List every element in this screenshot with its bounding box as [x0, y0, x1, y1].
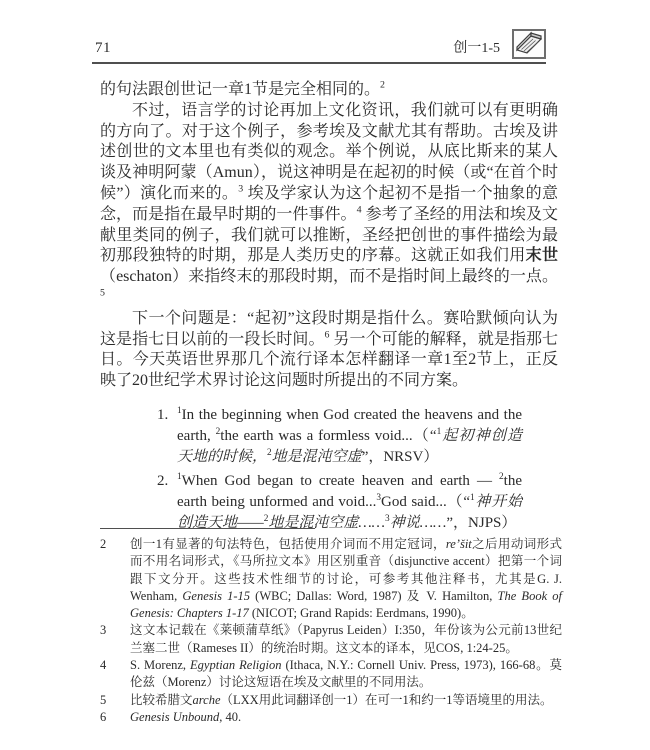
header-right-group: 创一1-5	[453, 27, 546, 62]
page-header: 71 创一1-5	[92, 30, 546, 64]
footnote: 2 创一1有显著的句法特色，包括使用介词而不用定冠词，re’šit之后用动词形式…	[100, 536, 562, 622]
list-text: 1When God began to create heaven and ear…	[177, 471, 522, 534]
page-number: 71	[92, 41, 111, 62]
book-icon	[512, 29, 546, 64]
footnote-number: 2	[100, 536, 130, 622]
list-item: 1. 1In the beginning when God created th…	[157, 405, 522, 468]
footnote-number: 6	[100, 709, 130, 726]
footnote-separator	[100, 528, 315, 529]
footnote-number: 4	[100, 657, 130, 692]
footnote-text: 比较希腊文arche（LXX用此词翻译创一1）在可一1和约一1等语境里的用法。	[130, 692, 562, 709]
book-page: 71 创一1-5	[0, 0, 650, 750]
footnote-text: 创一1有显著的句法特色，包括使用介词而不用定冠词，re’šit之后用动词形式而不…	[130, 536, 562, 622]
footnote-text: Genesis Unbound, 40.	[130, 709, 562, 726]
list-marker: 2.	[157, 471, 177, 534]
paragraph: 不过，语言学的讨论再加上文化资讯，我们就可以有更明确的方向了。对于这个例子，参考…	[100, 101, 558, 309]
footnote: 6 Genesis Unbound, 40.	[100, 709, 562, 726]
section-label: 创一1-5	[453, 42, 500, 62]
footnote-number: 5	[100, 692, 130, 709]
footnote: 4 S. Morenz, Egyptian Religion (Ithaca, …	[100, 657, 562, 692]
footnote: 5 比较希腊文arche（LXX用此词翻译创一1）在可一1和约一1等语境里的用法…	[100, 692, 562, 709]
list-text: 1In the beginning when God created the h…	[177, 405, 522, 468]
list-item: 2. 1When God began to create heaven and …	[157, 471, 522, 534]
paragraph: 的句法跟创世记一章1节是完全相同的。2	[100, 80, 558, 101]
footnote-text: 这文本记载在《莱顿蒲草纸》（Papyrus Leiden）I:350，年份该为公…	[130, 622, 562, 657]
footnote: 3 这文本记载在《莱顿蒲草纸》（Papyrus Leiden）I:350，年份该…	[100, 622, 562, 657]
footnotes: 2 创一1有显著的句法特色，包括使用介词而不用定冠词，re’šit之后用动词形式…	[100, 528, 562, 726]
list-marker: 1.	[157, 405, 177, 468]
footnote-text: S. Morenz, Egyptian Religion (Ithaca, N.…	[130, 657, 562, 692]
footnote-number: 3	[100, 622, 130, 657]
translation-list: 1. 1In the beginning when God created th…	[100, 405, 558, 534]
paragraph: 下一个问题是：“起初”这段时期是指什么。赛哈默倾向认为这是指七日以前的一段长时间…	[100, 309, 558, 392]
page-body: 的句法跟创世记一章1节是完全相同的。2 不过，语言学的讨论再加上文化资讯，我们就…	[100, 80, 558, 537]
